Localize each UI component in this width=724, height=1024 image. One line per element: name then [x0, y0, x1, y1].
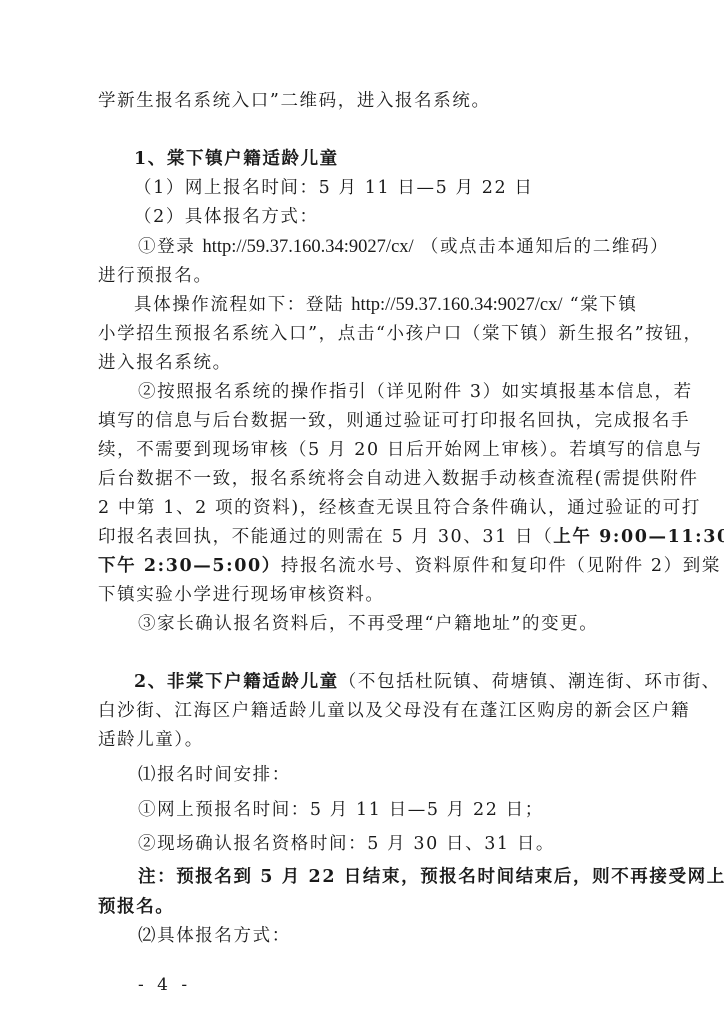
paragraph-line: 后台数据不一致，报名系统将会自动进入数据手动核查流程(需提供附件 [98, 468, 699, 490]
paragraph-line: ②现场确认报名资格时间：5 月 30 日、31 日。 [138, 833, 555, 855]
paragraph-line: 进入报名系统。 [98, 352, 232, 374]
text: “棠下镇 [562, 295, 637, 315]
paragraph-line: （1）网上报名时间：5 月 11 日—5 月 22 日 [134, 177, 534, 199]
text: 持报名流水号、资料原件和复印件（见附件 2）到棠 [281, 556, 721, 576]
section-heading-2: 2、非棠下户籍适龄儿童（不包括杜阮镇、荷塘镇、潮连街、环市街、 [134, 671, 721, 693]
paragraph-line: 具体操作流程如下：登陆 http://59.37.160.34:9027/cx/… [134, 294, 638, 316]
paragraph-line: （2）具体报名方式： [134, 206, 319, 228]
note-line: 预报名。 [98, 896, 174, 918]
paragraph-line: 学新生报名系统入口”二维码，进入报名系统。 [98, 90, 491, 112]
text: ①登录 [138, 237, 202, 257]
paragraph-line: 进行预报名。 [98, 265, 213, 287]
paragraph-line: ⑵具体报名方式： [138, 925, 291, 947]
paragraph-line: ⑴报名时间安排： [138, 764, 291, 786]
note-line: 注：预报名到 5 月 22 日结束，预报名时间结束后，则不再接受网上 [138, 866, 724, 888]
paragraph-line: ①登录 http://59.37.160.34:9027/cx/ （或点击本通知… [138, 236, 669, 258]
heading-text: 2、非棠下户籍适龄儿童 [134, 672, 339, 692]
text: （或点击本通知后的二维码） [414, 237, 669, 257]
paragraph-line: 续，不需要到现场审核（5 月 20 日后开始网上审核）。若填写的信息与 [98, 439, 703, 461]
paragraph-line: 小学招生预报名系统入口”，点击“小孩户口（棠下镇）新生报名”按钮， [98, 323, 703, 345]
registration-link[interactable]: http://59.37.160.34:9027/cx/ [351, 295, 562, 315]
paragraph-line: 适龄儿童）。 [98, 729, 204, 751]
paragraph-line: ③家长确认报名资料后，不再受理“户籍地址”的变更。 [138, 613, 598, 635]
paragraph-line: ②按照报名系统的操作指引（详见附件 3）如实填报基本信息，若 [138, 381, 693, 403]
paragraph-line: 下午 2:30—5:00）持报名流水号、资料原件和复印件（见附件 2）到棠 [98, 555, 721, 577]
paragraph-line: 印报名表回执，不能通过的则需在 5 月 30、31 日（上午 9:00—11:3… [98, 526, 724, 548]
page-number: - 4 - [138, 975, 191, 995]
heading-note: （不包括杜阮镇、荷塘镇、潮连街、环市街、 [339, 672, 721, 692]
morning-hours: 上午 9:00—11:30 ； [553, 527, 724, 547]
paragraph-line: 2 中第 1、2 项的资料)，经核查无误且符合条件确认，通过验证的可打 [98, 497, 701, 519]
afternoon-hours: 下午 2:30—5:00） [98, 556, 281, 576]
section-heading-1: 1、棠下镇户籍适龄儿童 [134, 148, 339, 170]
text: 具体操作流程如下：登陆 [134, 295, 351, 315]
paragraph-line: 下镇实验小学进行现场审核资料。 [98, 584, 385, 606]
paragraph-line: 填写的信息与后台数据一致，则通过验证可打印报名回执，完成报名手 [98, 410, 690, 432]
paragraph-line: ①网上预报名时间：5 月 11 日—5 月 22 日； [138, 799, 544, 821]
text: 印报名表回执，不能通过的则需在 5 月 30、31 日（ [98, 527, 553, 547]
paragraph-line: 白沙街、江海区户籍适龄儿童以及父母没有在蓬江区购房的新会区户籍 [98, 700, 690, 722]
registration-link[interactable]: http://59.37.160.34:9027/cx/ [202, 237, 413, 257]
